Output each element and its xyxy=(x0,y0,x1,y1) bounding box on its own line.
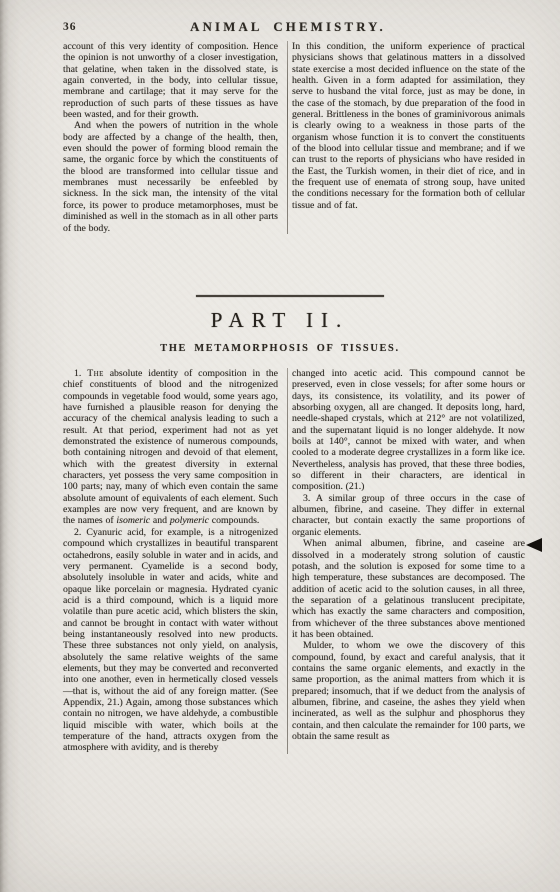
italic-term: polymeric xyxy=(170,515,209,526)
part-subheading: THE METAMORPHOSIS OF TISSUES. xyxy=(55,343,505,354)
main-right-column: changed into acetic acid. This compound … xyxy=(292,368,525,754)
margin-annotation-arrow-icon xyxy=(526,538,542,552)
main-left-column: 1. The absolute identity of composition … xyxy=(63,368,278,754)
paragraph-text: absolute identity of composition in the … xyxy=(63,368,278,526)
paragraph-number: 1. xyxy=(74,368,87,379)
paragraph: In this condition, the uniform experienc… xyxy=(292,41,525,211)
section-divider-rule xyxy=(196,295,384,297)
paragraph: And when the powers of nutrition in the … xyxy=(63,120,278,233)
paragraph-text: and xyxy=(150,515,170,526)
column-divider-rule xyxy=(287,41,288,234)
paragraph: 3. A similar group of three occurs in th… xyxy=(292,493,525,538)
book-page-scan: 36 ANIMAL CHEMISTRY. account of this ver… xyxy=(0,0,560,892)
paragraph: Mulder, to whom we owe the discovery of … xyxy=(292,640,525,742)
paragraph: 1. The absolute identity of composition … xyxy=(63,368,278,527)
lead-word-small-caps: The xyxy=(87,368,104,379)
top-right-column: In this condition, the uniform experienc… xyxy=(292,41,525,234)
italic-term: isomeric xyxy=(116,515,150,526)
paragraph: changed into acetic acid. This compound … xyxy=(292,368,525,493)
column-divider-rule xyxy=(287,368,288,754)
running-header: 36 ANIMAL CHEMISTRY. xyxy=(63,20,513,36)
running-title: ANIMAL CHEMISTRY. xyxy=(63,20,513,35)
paragraph: When animal albumen, fibrine, and casein… xyxy=(292,538,525,640)
paragraph: 2. Cyanuric acid, for example, is a nitr… xyxy=(63,527,278,754)
top-section: account of this very identity of composi… xyxy=(63,41,525,234)
part-heading: PART II. xyxy=(55,308,505,333)
main-section: 1. The absolute identity of composition … xyxy=(63,368,525,754)
paragraph: account of this very identity of composi… xyxy=(63,41,278,120)
page-number: 36 xyxy=(63,21,77,33)
top-left-column: account of this very identity of composi… xyxy=(63,41,278,234)
paragraph-text: compounds. xyxy=(209,515,259,526)
